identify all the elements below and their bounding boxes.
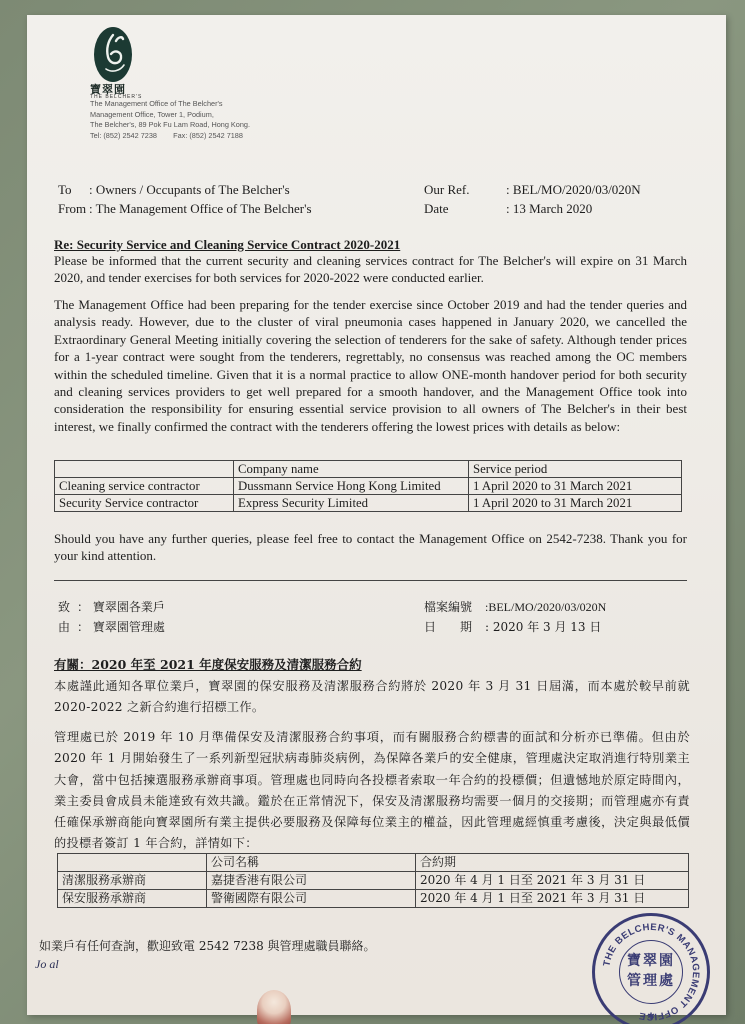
table-cell: 2020 年 4 月 1 日至 2021 年 3 月 31 日 <box>416 890 689 908</box>
table-cell <box>58 854 207 872</box>
stamp-center-line-2: 管理處 <box>595 970 707 990</box>
table-row: Security Service contractor Express Secu… <box>55 495 682 512</box>
table-cell: 合約期 <box>416 854 689 872</box>
address-line: Management Office, Tower 1, Podium, <box>90 110 250 121</box>
management-office-stamp: THE BELCHER'S MANAGEMENT OFFICE ✱ 寶翠園 管理… <box>592 913 710 1024</box>
letter-page: 寶翠園 THE BELCHER'S The Management Office … <box>27 15 726 1015</box>
chinese-closing: 如業戶有任何查詢，歡迎致電 2542 7238 與管理處職員聯絡。 <box>39 937 376 954</box>
table-cell: 公司名稱 <box>207 854 416 872</box>
from-label: From <box>58 200 86 217</box>
chinese-paragraph-2: 管理處已於 2019 年 10 月準備保安及清潔服務合約事項，而有關服務合約標書… <box>54 727 690 855</box>
table-cell: 保安服務承辦商 <box>58 890 207 908</box>
table-cell: Company name <box>234 461 469 478</box>
english-contract-table: Company name Service period Cleaning ser… <box>54 460 682 512</box>
table-cell: 2020 年 4 月 1 日至 2021 年 3 月 31 日 <box>416 872 689 890</box>
english-subject: Re: Security Service and Cleaning Servic… <box>54 237 400 253</box>
address-line: Tel: (852) 2542 7238 Fax: (852) 2542 718… <box>90 131 250 142</box>
address-line: The Belcher's, 89 Pok Fu Lam Road, Hong … <box>90 120 250 131</box>
cn-date-value: : 2020 年 3 月 13 日 <box>485 619 601 636</box>
date-label: Date <box>424 200 449 217</box>
ref-value: : BEL/MO/2020/03/020N <box>506 181 641 198</box>
table-row: 保安服務承辦商 警衛國際有限公司 2020 年 4 月 1 日至 2021 年 … <box>58 890 689 908</box>
table-header-row: Company name Service period <box>55 461 682 478</box>
table-cell: 嘉捷香港有限公司 <box>207 872 416 890</box>
table-cell: 1 April 2020 to 31 March 2021 <box>469 478 682 495</box>
cn-date-label: 日 期 <box>424 619 472 636</box>
svg-text:✱: ✱ <box>647 1011 655 1021</box>
cn-from-label: 由 <box>58 619 70 636</box>
cn-ref-value: :BEL/MO/2020/03/020N <box>485 599 606 616</box>
table-cell: Security Service contractor <box>55 495 234 512</box>
table-header-row: 公司名稱 合約期 <box>58 854 689 872</box>
english-paragraph-2: The Management Office had been preparing… <box>54 296 687 435</box>
chinese-contract-table: 公司名稱 合約期 清潔服務承辦商 嘉捷香港有限公司 2020 年 4 月 1 日… <box>57 853 689 908</box>
table-cell: 1 April 2020 to 31 March 2021 <box>469 495 682 512</box>
table-cell: Dussmann Service Hong Kong Limited <box>234 478 469 495</box>
to-value: : Owners / Occupants of The Belcher's <box>89 181 290 198</box>
belchers-logo-icon <box>94 27 132 82</box>
table-cell: Express Security Limited <box>234 495 469 512</box>
cn-from-value: ： 寶翠園管理處 <box>77 619 165 636</box>
signature: Jo al <box>35 957 59 972</box>
to-label: To <box>58 181 72 198</box>
table-row: Cleaning service contractor Dussmann Ser… <box>55 478 682 495</box>
chinese-paragraph-1: 本處謹此通知各單位業戶，寶翠園的保安服務及清潔服務合約將於 2020 年 3 月… <box>54 676 690 719</box>
address-line: The Management Office of The Belcher's <box>90 99 250 110</box>
letterhead-address: The Management Office of The Belcher's M… <box>90 99 250 141</box>
english-closing: Should you have any further queries, ple… <box>54 530 687 565</box>
cn-to-label: 致 <box>58 599 70 616</box>
table-cell: Service period <box>469 461 682 478</box>
from-value: : The Management Office of The Belcher's <box>89 200 312 217</box>
ref-label: Our Ref. <box>424 181 470 198</box>
table-row: 清潔服務承辦商 嘉捷香港有限公司 2020 年 4 月 1 日至 2021 年 … <box>58 872 689 890</box>
english-paragraph-1: Please be informed that the current secu… <box>54 252 687 287</box>
table-cell: 警衛國際有限公司 <box>207 890 416 908</box>
table-cell <box>55 461 234 478</box>
fingertip <box>257 990 291 1024</box>
cn-to-value: ： 寶翠園各業戶 <box>77 599 165 616</box>
chinese-subject: 有關：2020 年至 2021 年度保安服務及清潔服務合約 <box>54 655 362 673</box>
table-cell: Cleaning service contractor <box>55 478 234 495</box>
cn-ref-label: 檔案編號 <box>424 599 472 616</box>
stamp-center-line-1: 寶翠園 <box>595 950 707 970</box>
table-cell: 清潔服務承辦商 <box>58 872 207 890</box>
section-divider <box>54 580 687 581</box>
date-value: : 13 March 2020 <box>506 200 592 217</box>
